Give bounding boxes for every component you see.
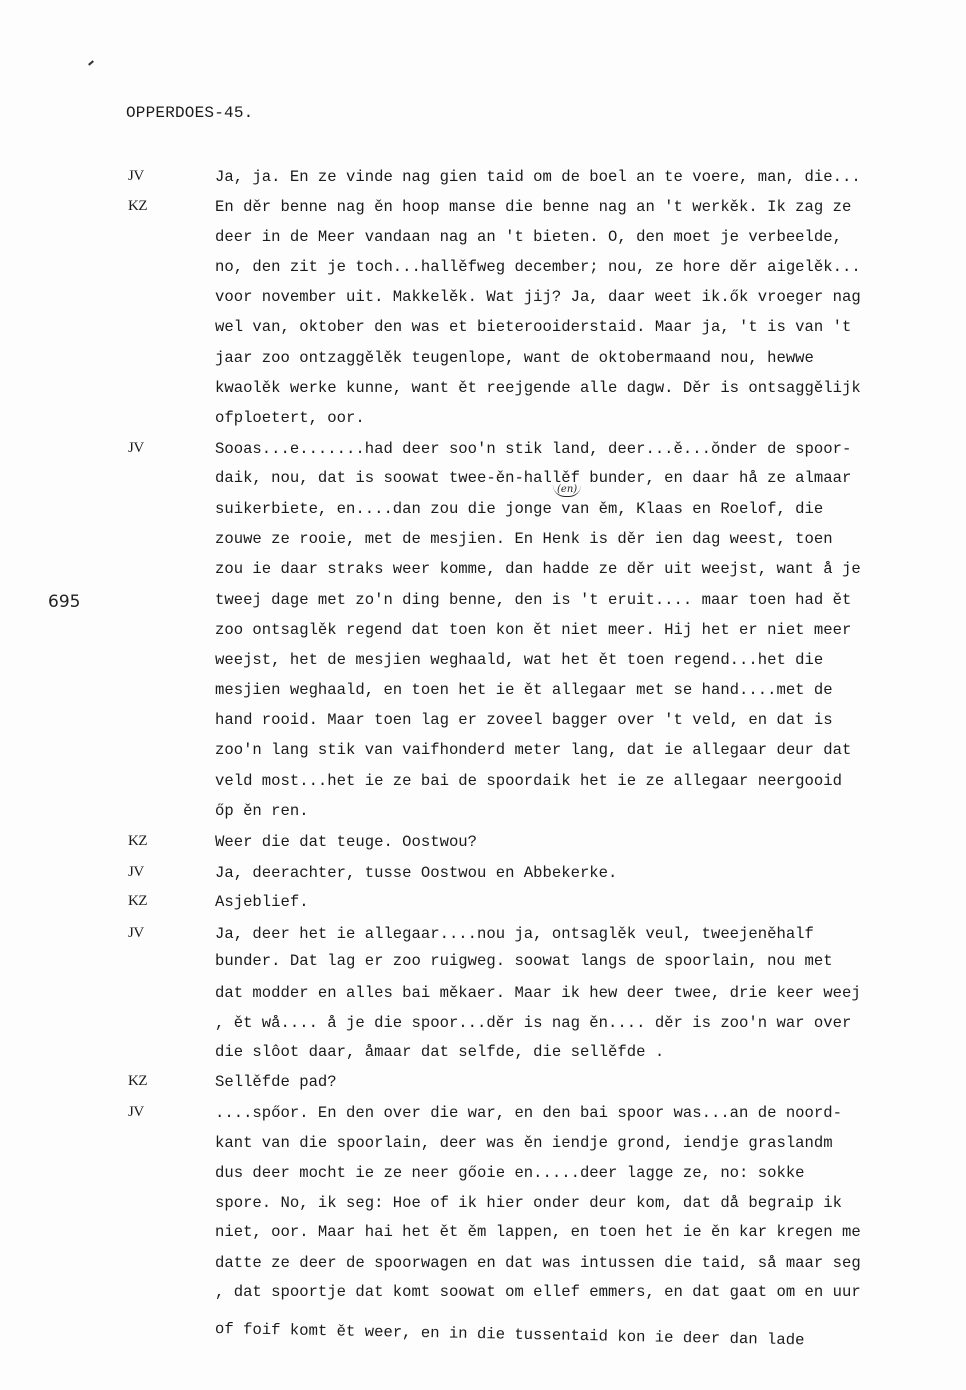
transcript-text: of foif komt ět weer, en in die tussenta… <box>215 1320 805 1349</box>
transcript-text: spore. No, ik seg: Hoe of ik hier onder … <box>215 1194 842 1212</box>
transcript-line: KZSellěfde pad? <box>0 1073 966 1103</box>
transcript-line: voor november uit. Makkelěk. Wat jij? Ja… <box>0 288 966 318</box>
transcript-line: JVJa, deerachter, tusse Oostwou en Abbek… <box>0 864 966 894</box>
transcript-text: Weer die dat teuge. Oostwou? <box>215 833 477 851</box>
transcript-text: , ět wå.... å je die spoor...děr is nag … <box>215 1014 851 1032</box>
transcript-text: Ja, ja. En ze vinde nag gien taid om de … <box>215 168 861 186</box>
transcript-text: no, den zit je toch...hallěfweg december… <box>215 258 861 276</box>
transcript-text: wel van, oktober den was et bieterooider… <box>215 318 851 336</box>
transcript-line: zoo ontsaglěk regend dat toen kon ět nie… <box>0 621 966 651</box>
transcript-text: mesjien weghaald, en toen het ie ět alle… <box>215 681 833 699</box>
transcript-text: kwaolěk werke kunne, want ět reejgende a… <box>215 379 861 397</box>
transcript-line: mesjien weghaald, en toen het ie ět alle… <box>0 681 966 711</box>
transcript-line: niet, oor. Maar hai het ět ěm lappen, en… <box>0 1223 966 1253</box>
speaker-label: KZ <box>128 198 147 215</box>
transcript-text: deer in de Meer vandaan nag an 't bieten… <box>215 228 842 246</box>
transcript-line: wel van, oktober den was et bieterooider… <box>0 318 966 348</box>
transcript-line: weejst, het de mesjien weghaald, wat het… <box>0 651 966 681</box>
transcript-line: zouwe ze rooie, met de mesjien. En Henk … <box>0 530 966 560</box>
transcript-line: jaar zoo ontzaggělěk teugenlope, want de… <box>0 349 966 379</box>
page-header: OPPERDOES-45. <box>126 104 253 122</box>
transcript-line: KZWeer die dat teuge. Oostwou? <box>0 833 966 863</box>
transcript-line: daik, nou, dat is soowat twee-ěn-hallěf … <box>0 469 966 499</box>
transcript-line: veld most...het ie ze bai de spoordaik h… <box>0 772 966 802</box>
document-page: OPPERDOES-45. 695 (en) JVJa, ja. En ze v… <box>0 0 966 1390</box>
transcript-line: dus deer mocht ie ze neer gőoie en.....d… <box>0 1164 966 1194</box>
speaker-label: JV <box>128 925 144 942</box>
transcript-text: ....spőor. En den over die war, en den b… <box>215 1104 842 1122</box>
transcript-text: tweej dage met zo'n ding benne, den is '… <box>215 591 851 609</box>
transcript-text: niet, oor. Maar hai het ět ěm lappen, en… <box>215 1223 861 1241</box>
speaker-label: KZ <box>128 893 147 910</box>
transcript-line: of foif komt ět weer, en in die tussenta… <box>0 1320 966 1350</box>
transcript-line: zoo'n lang stik van vaifhonderd meter la… <box>0 741 966 771</box>
transcript-line: dat modder en alles bai měkaer. Maar ik … <box>0 984 966 1014</box>
stray-ink-mark <box>88 60 94 65</box>
transcript-text: voor november uit. Makkelěk. Wat jij? Ja… <box>215 288 861 306</box>
transcript-line: JVJa, deer het ie allegaar....nou ja, on… <box>0 925 966 955</box>
transcript-text: , dat spoortje dat komt soowat om ellef … <box>215 1283 861 1301</box>
transcript-line: suikerbiete, en....dan zou die jonge van… <box>0 500 966 530</box>
transcript-text: kant van die spoorlain, deer was ěn iend… <box>215 1134 833 1152</box>
transcript-text: dus deer mocht ie ze neer gőoie en.....d… <box>215 1164 805 1182</box>
transcript-line: KZAsjeblief. <box>0 893 966 923</box>
transcript-line: KZEn děr benne nag ěn hoop manse die ben… <box>0 198 966 228</box>
transcript-text: zou ie daar straks weer komme, dan hadde… <box>215 560 861 578</box>
transcript-line: datte ze deer de spoorwagen en dat was i… <box>0 1254 966 1284</box>
transcript-line: őp ěn ren. <box>0 802 966 832</box>
transcript-text: ofploetert, oor. <box>215 409 365 427</box>
transcript-line: zou ie daar straks weer komme, dan hadde… <box>0 560 966 590</box>
transcript-line: , dat spoortje dat komt soowat om ellef … <box>0 1283 966 1313</box>
transcript-text: zouwe ze rooie, met de mesjien. En Henk … <box>215 530 833 548</box>
transcript-line: JVSooas...e.......had deer soo'n stik la… <box>0 440 966 470</box>
transcript-line: JVJa, ja. En ze vinde nag gien taid om d… <box>0 168 966 198</box>
transcript-line: JV....spőor. En den over die war, en den… <box>0 1104 966 1134</box>
speaker-label: JV <box>128 168 144 185</box>
speaker-label: KZ <box>128 833 147 850</box>
transcript-text: zoo'n lang stik van vaifhonderd meter la… <box>215 741 851 759</box>
transcript-text: Ja, deerachter, tusse Oostwou en Abbeker… <box>215 864 617 882</box>
transcript-text: suikerbiete, en....dan zou die jonge van… <box>215 500 823 518</box>
transcript-text: Ja, deer het ie allegaar....nou ja, onts… <box>215 925 814 943</box>
transcript-line: kwaolěk werke kunne, want ět reejgende a… <box>0 379 966 409</box>
transcript-text: őp ěn ren. <box>215 802 309 820</box>
transcript-text: bunder. Dat lag er zoo ruigweg. soowat l… <box>215 952 833 970</box>
transcript-text: veld most...het ie ze bai de spoordaik h… <box>215 772 842 790</box>
transcript-text: En děr benne nag ěn hoop manse die benne… <box>215 198 851 216</box>
transcript-text: Sooas...e.......had deer soo'n stik land… <box>215 440 851 458</box>
speaker-label: JV <box>128 864 144 881</box>
speaker-label: JV <box>128 440 144 457</box>
transcript-line: hand rooid. Maar toen lag er zoveel bagg… <box>0 711 966 741</box>
transcript-text: die slôot daar, åmaar dat selfde, die se… <box>215 1043 664 1061</box>
transcript-line: die slôot daar, åmaar dat selfde, die se… <box>0 1043 966 1073</box>
transcript-text: Asjeblief. <box>215 893 309 911</box>
transcript-text: datte ze deer de spoorwagen en dat was i… <box>215 1254 861 1272</box>
transcript-line: no, den zit je toch...hallěfweg december… <box>0 258 966 288</box>
transcript-text: hand rooid. Maar toen lag er zoveel bagg… <box>215 711 833 729</box>
transcript-line: ofploetert, oor. <box>0 409 966 439</box>
transcript-line: , ět wå.... å je die spoor...děr is nag … <box>0 1014 966 1044</box>
speaker-label: KZ <box>128 1073 147 1090</box>
transcript-text: zoo ontsaglěk regend dat toen kon ět nie… <box>215 621 851 639</box>
transcript-line: tweej dage met zo'n ding benne, den is '… <box>0 591 966 621</box>
transcript-text: daik, nou, dat is soowat twee-ěn-hallěf … <box>215 469 851 487</box>
transcript-text: weejst, het de mesjien weghaald, wat het… <box>215 651 823 669</box>
speaker-label: JV <box>128 1104 144 1121</box>
transcript-text: Sellěfde pad? <box>215 1073 337 1091</box>
transcript-text: dat modder en alles bai měkaer. Maar ik … <box>215 984 861 1002</box>
transcript-line: bunder. Dat lag er zoo ruigweg. soowat l… <box>0 952 966 982</box>
transcript-line: kant van die spoorlain, deer was ěn iend… <box>0 1134 966 1164</box>
transcript-line: spore. No, ik seg: Hoe of ik hier onder … <box>0 1194 966 1224</box>
transcript-line: deer in de Meer vandaan nag an 't bieten… <box>0 228 966 258</box>
transcript-text: jaar zoo ontzaggělěk teugenlope, want de… <box>215 349 814 367</box>
